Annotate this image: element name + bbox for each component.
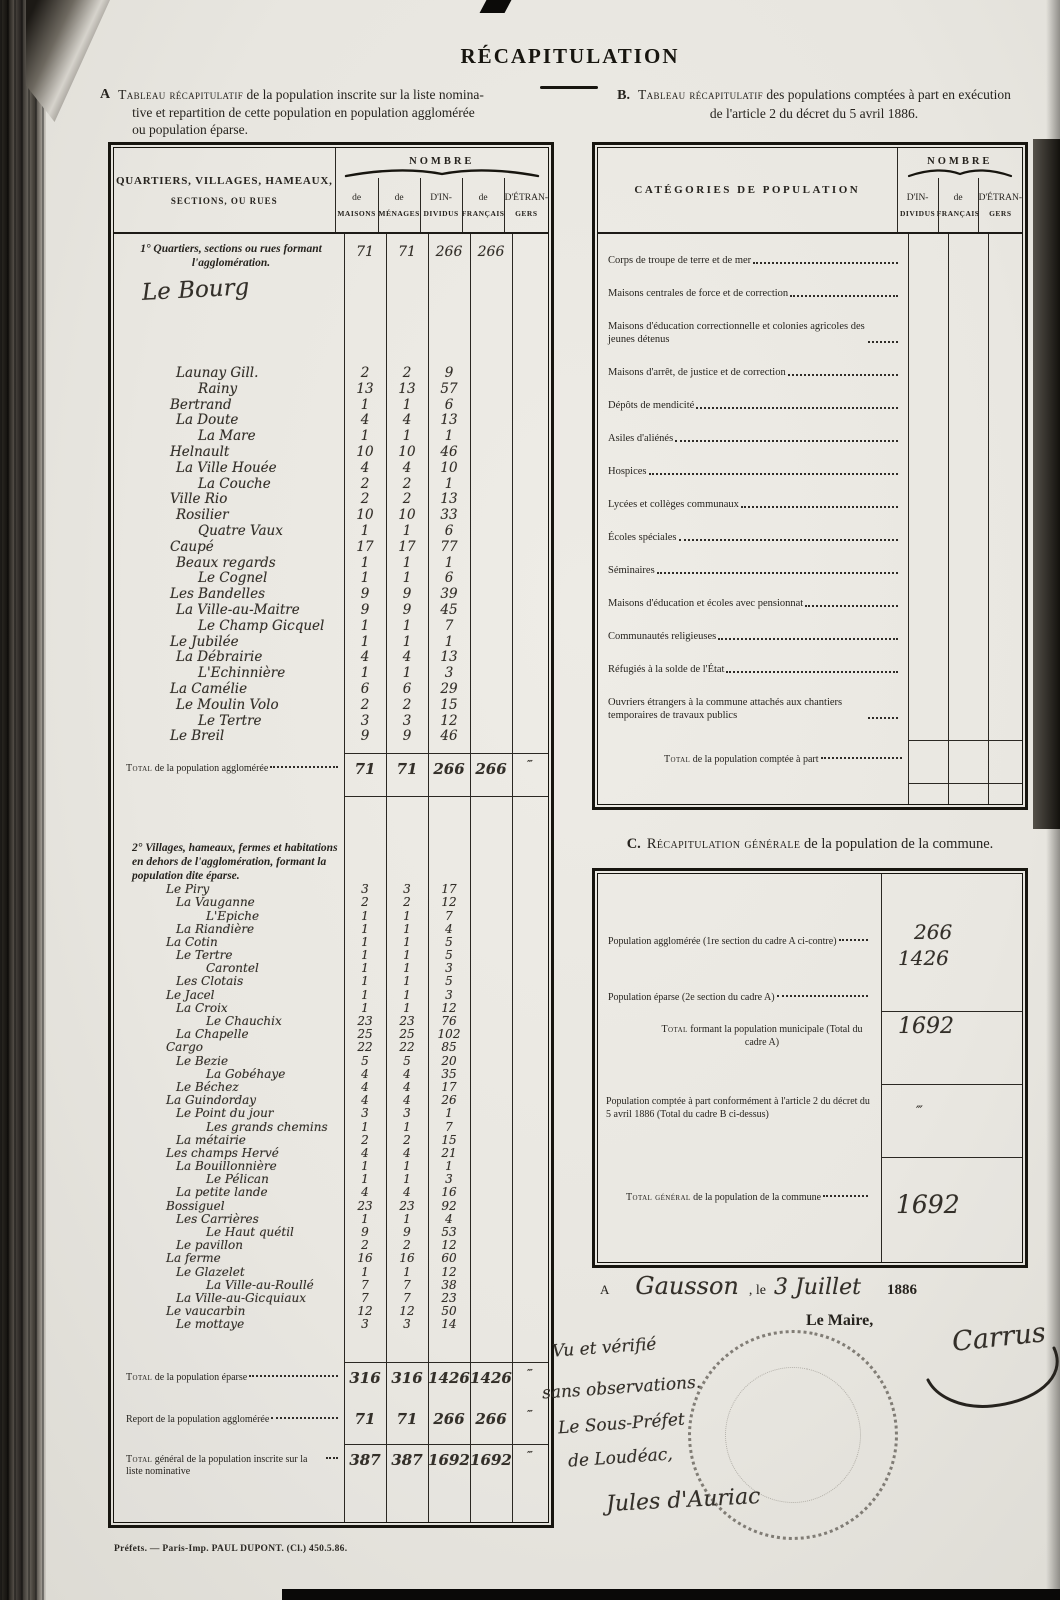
cell-menages: 3 [386, 714, 428, 730]
place-name: Le mottaye [114, 1318, 344, 1331]
cell-maisons: 4 [344, 650, 386, 666]
cell-francais [470, 1081, 512, 1094]
dotted-leader [868, 717, 898, 719]
column-header-etrangers: D'ÉTRAN-GERS [978, 178, 1022, 232]
cell-individus: 3 [428, 989, 470, 1002]
cell-francais [470, 603, 512, 619]
place-name: L'Echinnière [114, 666, 344, 682]
place-name: La Débrairie [114, 650, 344, 666]
table-row: Ville Rio 2 2 13 [114, 492, 548, 508]
section-c-box: Population agglomérée (1re section du ca… [592, 868, 1028, 1268]
cell-maisons: 4 [344, 1068, 386, 1081]
cell-menages: 1 [386, 556, 428, 572]
cell-individus: 7 [428, 910, 470, 923]
prefet-note-line3: Le Sous-Préfet [557, 1410, 685, 1439]
cell-etrangers [512, 975, 548, 988]
cell-maisons: 1 [344, 975, 386, 988]
table-row: Le Moulin Volo 2 2 15 [114, 698, 548, 714]
place-name: Le Breil [114, 729, 344, 745]
cell-individus: 13 [428, 492, 470, 508]
column-header-individus: D'IN-DIVIDUS [898, 178, 938, 232]
cell-individus: 77 [428, 540, 470, 556]
cell-menages: 3 [386, 1318, 428, 1331]
cell-francais [470, 1213, 512, 1226]
cell-individus: 5 [428, 975, 470, 988]
cell-maisons: 17 [344, 540, 386, 556]
cell-etrangers [512, 524, 548, 540]
cell-individus: 92 [428, 1200, 470, 1213]
cell-etrangers [512, 1107, 548, 1120]
cell-etrangers [512, 1200, 548, 1213]
cell-maisons: 2 [344, 896, 386, 909]
column-header-francais: deFRANÇAIS [938, 178, 978, 232]
cell-menages: 1 [386, 571, 428, 587]
table-b-body: Corps de troupe de terre et de mer Maiso… [598, 234, 1022, 804]
cell-individus: 57 [428, 382, 470, 398]
cell-etrangers [512, 896, 548, 909]
cell-francais [470, 698, 512, 714]
scan-artifact-top [480, 0, 512, 13]
cell-individus: 33 [428, 508, 470, 524]
book-binding [0, 0, 46, 1600]
cell-menages: 23 [386, 1200, 428, 1213]
cell-francais [470, 1160, 512, 1173]
cell-etrangers [512, 1226, 548, 1239]
category-row: Lycées et collèges communaux [608, 498, 900, 511]
cell-francais [470, 1121, 512, 1134]
cell-menages: 1 [386, 923, 428, 936]
cell-menages: 2 [386, 1134, 428, 1147]
value-eparse: 1426 [898, 946, 949, 970]
cell-menages: 22 [386, 1041, 428, 1054]
cell-maisons: 3 [344, 714, 386, 730]
cell-menages: 4 [386, 1068, 428, 1081]
section1-rows: Launay Gill. 2 2 9 Rainy 13 13 57 [114, 366, 548, 745]
cell-francais [470, 477, 512, 493]
cell-individus: 1426 [428, 1363, 470, 1404]
cell-francais [470, 1239, 512, 1252]
value-comptee-a-part: ‴ [916, 1104, 923, 1119]
table-row: Le Point du jour 3 3 1 [114, 1107, 548, 1120]
cell-etrangers [512, 1292, 548, 1305]
cell-francais [470, 382, 512, 398]
cell-menages: 2 [386, 477, 428, 493]
table-row: La Mare 1 1 1 [114, 429, 548, 445]
cell-etrangers [512, 1305, 548, 1318]
place-name: Le Champ Gicquel [114, 619, 344, 635]
category-row: Corps de troupe de terre et de mer [608, 254, 900, 267]
dotted-leader [675, 440, 898, 442]
cell-individus: 3 [428, 666, 470, 682]
cell-francais [470, 1028, 512, 1041]
place-name: Les Bandelles [114, 587, 344, 603]
table-row: Les Bandelles 9 9 39 [114, 587, 548, 603]
handwritten-date: 3 Juillet [774, 1275, 861, 1300]
report-agglomeree-row: Report de la population agglomérée 71 71… [114, 1404, 548, 1444]
ink-stamp [668, 1310, 917, 1559]
cell-menages: 4 [386, 650, 428, 666]
cell-francais [470, 461, 512, 477]
cell-menages: 9 [386, 729, 428, 745]
cell-etrangers [512, 1173, 548, 1186]
table-row: La petite lande 4 4 16 [114, 1186, 548, 1199]
cell-individus: 16 [428, 1186, 470, 1199]
place-name: La Riandière [114, 923, 344, 936]
place-name: Helnault [114, 445, 344, 461]
nombre-header: NOMBRE [898, 148, 1022, 178]
scanned-census-page: RÉCAPITULATION A Tableau récapitulatif d… [0, 0, 1060, 1600]
cell-francais [470, 1055, 512, 1068]
cell-francais [470, 1041, 512, 1054]
cell-francais [470, 962, 512, 975]
table-row: La Ville-au-Maitre 9 9 45 [114, 603, 548, 619]
dotted-leader [823, 1195, 868, 1197]
cell-francais [470, 975, 512, 988]
place-name: La métairie [114, 1134, 344, 1147]
table-row: Le Cognel 1 1 6 [114, 571, 548, 587]
cell-individus: 266 [428, 754, 470, 796]
cell-francais [470, 508, 512, 524]
cell-individus: 60 [428, 1252, 470, 1265]
cell-maisons: 4 [344, 1186, 386, 1199]
place-name: Bertrand [114, 398, 344, 414]
cell-etrangers [512, 635, 548, 651]
cell-maisons: 1 [344, 923, 386, 936]
place-name: La Camélie [114, 682, 344, 698]
dotted-leader [249, 1375, 338, 1377]
cell-menages: 10 [386, 508, 428, 524]
cell-etrangers [512, 1041, 548, 1054]
value-total-general: 1692 [896, 1190, 960, 1219]
place-name: Les grands chemins [114, 1121, 344, 1134]
cell-francais [470, 1134, 512, 1147]
cell-francais [470, 682, 512, 698]
place-name: La petite lande [114, 1186, 344, 1199]
table-row: Bossiguel 23 23 92 [114, 1200, 548, 1213]
cell-francais [470, 923, 512, 936]
table-row: Le mottaye 3 3 14 [114, 1318, 548, 1331]
cell-etrangers [512, 1055, 548, 1068]
table-row: Bertrand 1 1 6 [114, 398, 548, 414]
table-row: Quatre Vaux 1 1 6 [114, 524, 548, 540]
category-row: Maisons d'éducation et écoles avec pensi… [608, 597, 900, 610]
table-row: Les grands chemins 1 1 7 [114, 1121, 548, 1134]
printed-year: 1886 [887, 1282, 917, 1298]
category-row: Séminaires [608, 564, 900, 577]
place-name: Cargo [114, 1041, 344, 1054]
place-name: Le Bezie [114, 1055, 344, 1068]
cell-individus: 4 [428, 923, 470, 936]
cell-individus: 1 [428, 477, 470, 493]
cell-individus: 85 [428, 1041, 470, 1054]
signature-flourish [926, 1344, 1060, 1416]
cell-etrangers: ‴ [512, 754, 548, 796]
cell-menages: 1 [386, 989, 428, 1002]
cell-individus: 7 [428, 1121, 470, 1134]
cell-individus: 6 [428, 398, 470, 414]
cell-etrangers [512, 729, 548, 745]
place-name: Le Cognel [114, 571, 344, 587]
cell-francais [470, 619, 512, 635]
cell-etrangers [512, 682, 548, 698]
place-name: Le Jubilée [114, 635, 344, 651]
cell-etrangers [512, 910, 548, 923]
cell-francais [470, 445, 512, 461]
cell-etrangers [512, 1279, 548, 1292]
cell-etrangers [512, 650, 548, 666]
cell-menages: 7 [386, 1279, 428, 1292]
cell-menages: 4 [386, 413, 428, 429]
dotted-leader [788, 374, 898, 376]
section2-heading: 2° Villages, hameaux, fermes et habitati… [114, 833, 548, 883]
cell-individus: 39 [428, 587, 470, 603]
cell-etrangers [512, 1160, 548, 1173]
category-row: Dépôts de mendicité [608, 399, 900, 412]
cell-francais [470, 492, 512, 508]
dotted-leader [649, 473, 899, 475]
cell-francais [470, 1318, 512, 1331]
cell-francais [470, 883, 512, 896]
cell-menages: 1 [386, 635, 428, 651]
cell-individus: 6 [428, 524, 470, 540]
cell-menages: 4 [386, 1186, 428, 1199]
cell-menages: 10 [386, 445, 428, 461]
cell-individus: 1 [428, 1107, 470, 1120]
cell-maisons: 2 [344, 698, 386, 714]
place-name: La Gobéhaye [114, 1068, 344, 1081]
cell-menages: 1 [386, 1266, 428, 1279]
cell-etrangers [512, 1002, 548, 1015]
cell-individus: 46 [428, 729, 470, 745]
cell-etrangers [512, 698, 548, 714]
cell-etrangers [512, 1068, 548, 1081]
cell-etrangers [512, 508, 548, 524]
place-gausson: Gausson [635, 1272, 738, 1300]
cell-menages: 1 [386, 524, 428, 540]
cell-menages: 1 [386, 619, 428, 635]
cell-etrangers [512, 1028, 548, 1041]
table-row: L'Epiche 1 1 7 [114, 910, 548, 923]
cell-maisons: 6 [344, 682, 386, 698]
cell-maisons: 2 [344, 477, 386, 493]
cell-francais [470, 1305, 512, 1318]
place-name: La Vauganne [114, 896, 344, 909]
table-row: La Vauganne 2 2 12 [114, 896, 548, 909]
table-row: La Croix 1 1 12 [114, 1002, 548, 1015]
cell-francais [470, 650, 512, 666]
table-row: La Riandière 1 1 4 [114, 923, 548, 936]
cell-maisons: 4 [344, 413, 386, 429]
table-row: Le Jubilée 1 1 1 [114, 635, 548, 651]
table-row: La Ville-au-Roullé 7 7 38 [114, 1279, 548, 1292]
cell-individus: 6 [428, 571, 470, 587]
cell-maisons: 9 [344, 603, 386, 619]
category-row: Maisons d'éducation correctionnelle et c… [608, 320, 900, 346]
cell-etrangers: ‴ [512, 1404, 548, 1444]
table-b-total-row: Total de la population comptée à part [598, 740, 1022, 784]
cell-etrangers [512, 1318, 548, 1331]
cell-maisons: 7 [344, 1279, 386, 1292]
cell-maisons: 9 [344, 587, 386, 603]
cell-menages: 1 [386, 1121, 428, 1134]
category-row: Asiles d'aliénés [608, 432, 900, 445]
cell-etrangers [512, 556, 548, 572]
cell-francais [470, 1186, 512, 1199]
cell-etrangers [512, 413, 548, 429]
table-row: Le Tertre 3 3 12 [114, 714, 548, 730]
cell-francais [470, 1002, 512, 1015]
cell-francais [470, 413, 512, 429]
cell-individus: 45 [428, 603, 470, 619]
cell-francais: 1692 [470, 1445, 512, 1496]
cell-francais [470, 1147, 512, 1160]
cell-menages: 9 [386, 587, 428, 603]
cell-individus: 13 [428, 413, 470, 429]
place-name: Beaux regards [114, 556, 344, 572]
dotted-leader [657, 572, 898, 574]
cell-maisons: 1 [344, 619, 386, 635]
cell-francais: 266 [470, 1404, 512, 1444]
table-row: Rainy 13 13 57 [114, 382, 548, 398]
cell-etrangers [512, 461, 548, 477]
c-row-eparse: Population éparse (2e section du cadre A… [608, 992, 870, 1005]
place-name: Rosilier [114, 508, 344, 524]
cell-etrangers [512, 1186, 548, 1199]
table-row: Beaux regards 1 1 1 [114, 556, 548, 572]
cell-francais [470, 1279, 512, 1292]
place-name: Le Glazelet [114, 1266, 344, 1279]
category-list: Corps de troupe de terre et de mer Maiso… [608, 254, 900, 722]
cell-menages: 387 [386, 1445, 428, 1496]
cell-maisons: 1 [344, 666, 386, 682]
c-row-total-general: Total général de la population de la com… [626, 1192, 870, 1205]
dotted-leader [753, 262, 898, 264]
cell-maisons: 2 [344, 492, 386, 508]
table-row: La Camélie 6 6 29 [114, 682, 548, 698]
c-row-municipale: Total formant la population municipale (… [654, 1024, 870, 1049]
place-name: La ferme [114, 1252, 344, 1265]
maire-label: Le Maire, [806, 1312, 873, 1330]
cell-individus: 1 [428, 556, 470, 572]
cell-menages: 9 [386, 603, 428, 619]
prefet-note-line1: Vu et vérifié [551, 1334, 657, 1361]
intro-b: B.Tableau récapitulatif des populations … [588, 86, 1040, 122]
place-name: L'Epiche [114, 910, 344, 923]
cell-etrangers [512, 366, 548, 382]
category-row: Maisons d'arrêt, de justice et de correc… [608, 366, 900, 379]
cell-maisons: 1 [344, 1121, 386, 1134]
place-name: La Doute [114, 413, 344, 429]
cell-individus: 12 [428, 714, 470, 730]
table-row: Le Breil 9 9 46 [114, 729, 548, 745]
table-row: Cargo 22 22 85 [114, 1041, 548, 1054]
cell-francais [470, 949, 512, 962]
table-row: L'Echinnière 1 1 3 [114, 666, 548, 682]
prefet-note-line2: sans observations. [541, 1372, 701, 1403]
cell-menages: 1 [386, 975, 428, 988]
place-name: Caupé [114, 540, 344, 556]
cell-menages: 2 [386, 698, 428, 714]
cell-francais: 1426 [470, 1363, 512, 1404]
section2-rows: Le Piry 3 3 17 La Vauganne 2 2 12 [114, 883, 548, 1331]
cell-francais [470, 587, 512, 603]
place-name: Les Clotais [114, 975, 344, 988]
category-row: Écoles spéciales [608, 531, 900, 544]
dotted-leader [679, 539, 898, 541]
cell-maisons: 22 [344, 1041, 386, 1054]
cell-individus: 7 [428, 619, 470, 635]
table-row: La ferme 16 16 60 [114, 1252, 548, 1265]
table-row: Launay Gill. 2 2 9 [114, 366, 548, 382]
cell-francais [470, 429, 512, 445]
table-row: La Gobéhaye 4 4 35 [114, 1068, 548, 1081]
cell-etrangers [512, 883, 548, 896]
prefet-note-line4: de Loudéac, [567, 1444, 673, 1471]
column-header-menages: deMÉNAGES [378, 178, 420, 232]
cell-francais [470, 1015, 512, 1028]
cell-francais [470, 896, 512, 909]
cell-individus: 15 [428, 698, 470, 714]
dotted-leader [271, 1417, 338, 1419]
table-row: La Doute 4 4 13 [114, 413, 548, 429]
dotted-leader [726, 671, 898, 673]
cell-individus: 9 [428, 366, 470, 382]
date-line: AGausson, le3 Juillet1886 [600, 1272, 1040, 1300]
cell-etrangers [512, 571, 548, 587]
table-row: La Couche 2 2 1 [114, 477, 548, 493]
cell-etrangers [512, 1081, 548, 1094]
dotted-leader [696, 407, 898, 409]
cell-maisons: 10 [344, 508, 386, 524]
cell-individus: 1 [428, 429, 470, 445]
column-header-francais: deFRANÇAIS [462, 178, 504, 232]
cell-etrangers [512, 714, 548, 730]
cell-menages: 2 [386, 896, 428, 909]
dotted-leader [839, 939, 868, 941]
cell-etrangers [512, 1134, 548, 1147]
place-name: Quatre Vaux [114, 524, 344, 540]
cell-etrangers [512, 1015, 548, 1028]
table-row: Rosilier 10 10 33 [114, 508, 548, 524]
cell-menages: 2 [386, 492, 428, 508]
cell-maisons: 13 [344, 382, 386, 398]
intro-b-label: B. [617, 88, 630, 103]
cell-francais [470, 1107, 512, 1120]
cell-menages: 316 [386, 1363, 428, 1404]
section-c-heading: C.Récapitulation générale de la populati… [560, 836, 1060, 853]
category-row: Maisons centrales de force et de correct… [608, 287, 900, 300]
cell-francais [470, 1173, 512, 1186]
cell-maisons: 3 [344, 1318, 386, 1331]
cell-francais [470, 366, 512, 382]
cell-francais [470, 1094, 512, 1107]
cell-francais [470, 1252, 512, 1265]
cell-individus: 1 [428, 635, 470, 651]
cell-menages: 2 [386, 366, 428, 382]
cell-maisons: 1 [344, 910, 386, 923]
place-name: Bossiguel [114, 1200, 344, 1213]
table-row: Le Bezie 5 5 20 [114, 1055, 548, 1068]
c-row-comptee-a-part: Population comptée à part conformément à… [606, 1096, 872, 1121]
cell-maisons: 1 [344, 429, 386, 445]
dotted-leader [326, 1457, 338, 1459]
cell-maisons: 4 [344, 461, 386, 477]
place-name: Ville Rio [114, 492, 344, 508]
place-name: Le Moulin Volo [114, 698, 344, 714]
cell-maisons: 1 [344, 989, 386, 1002]
place-name: La Ville-au-Roullé [114, 1279, 344, 1292]
dotted-leader [270, 766, 338, 768]
